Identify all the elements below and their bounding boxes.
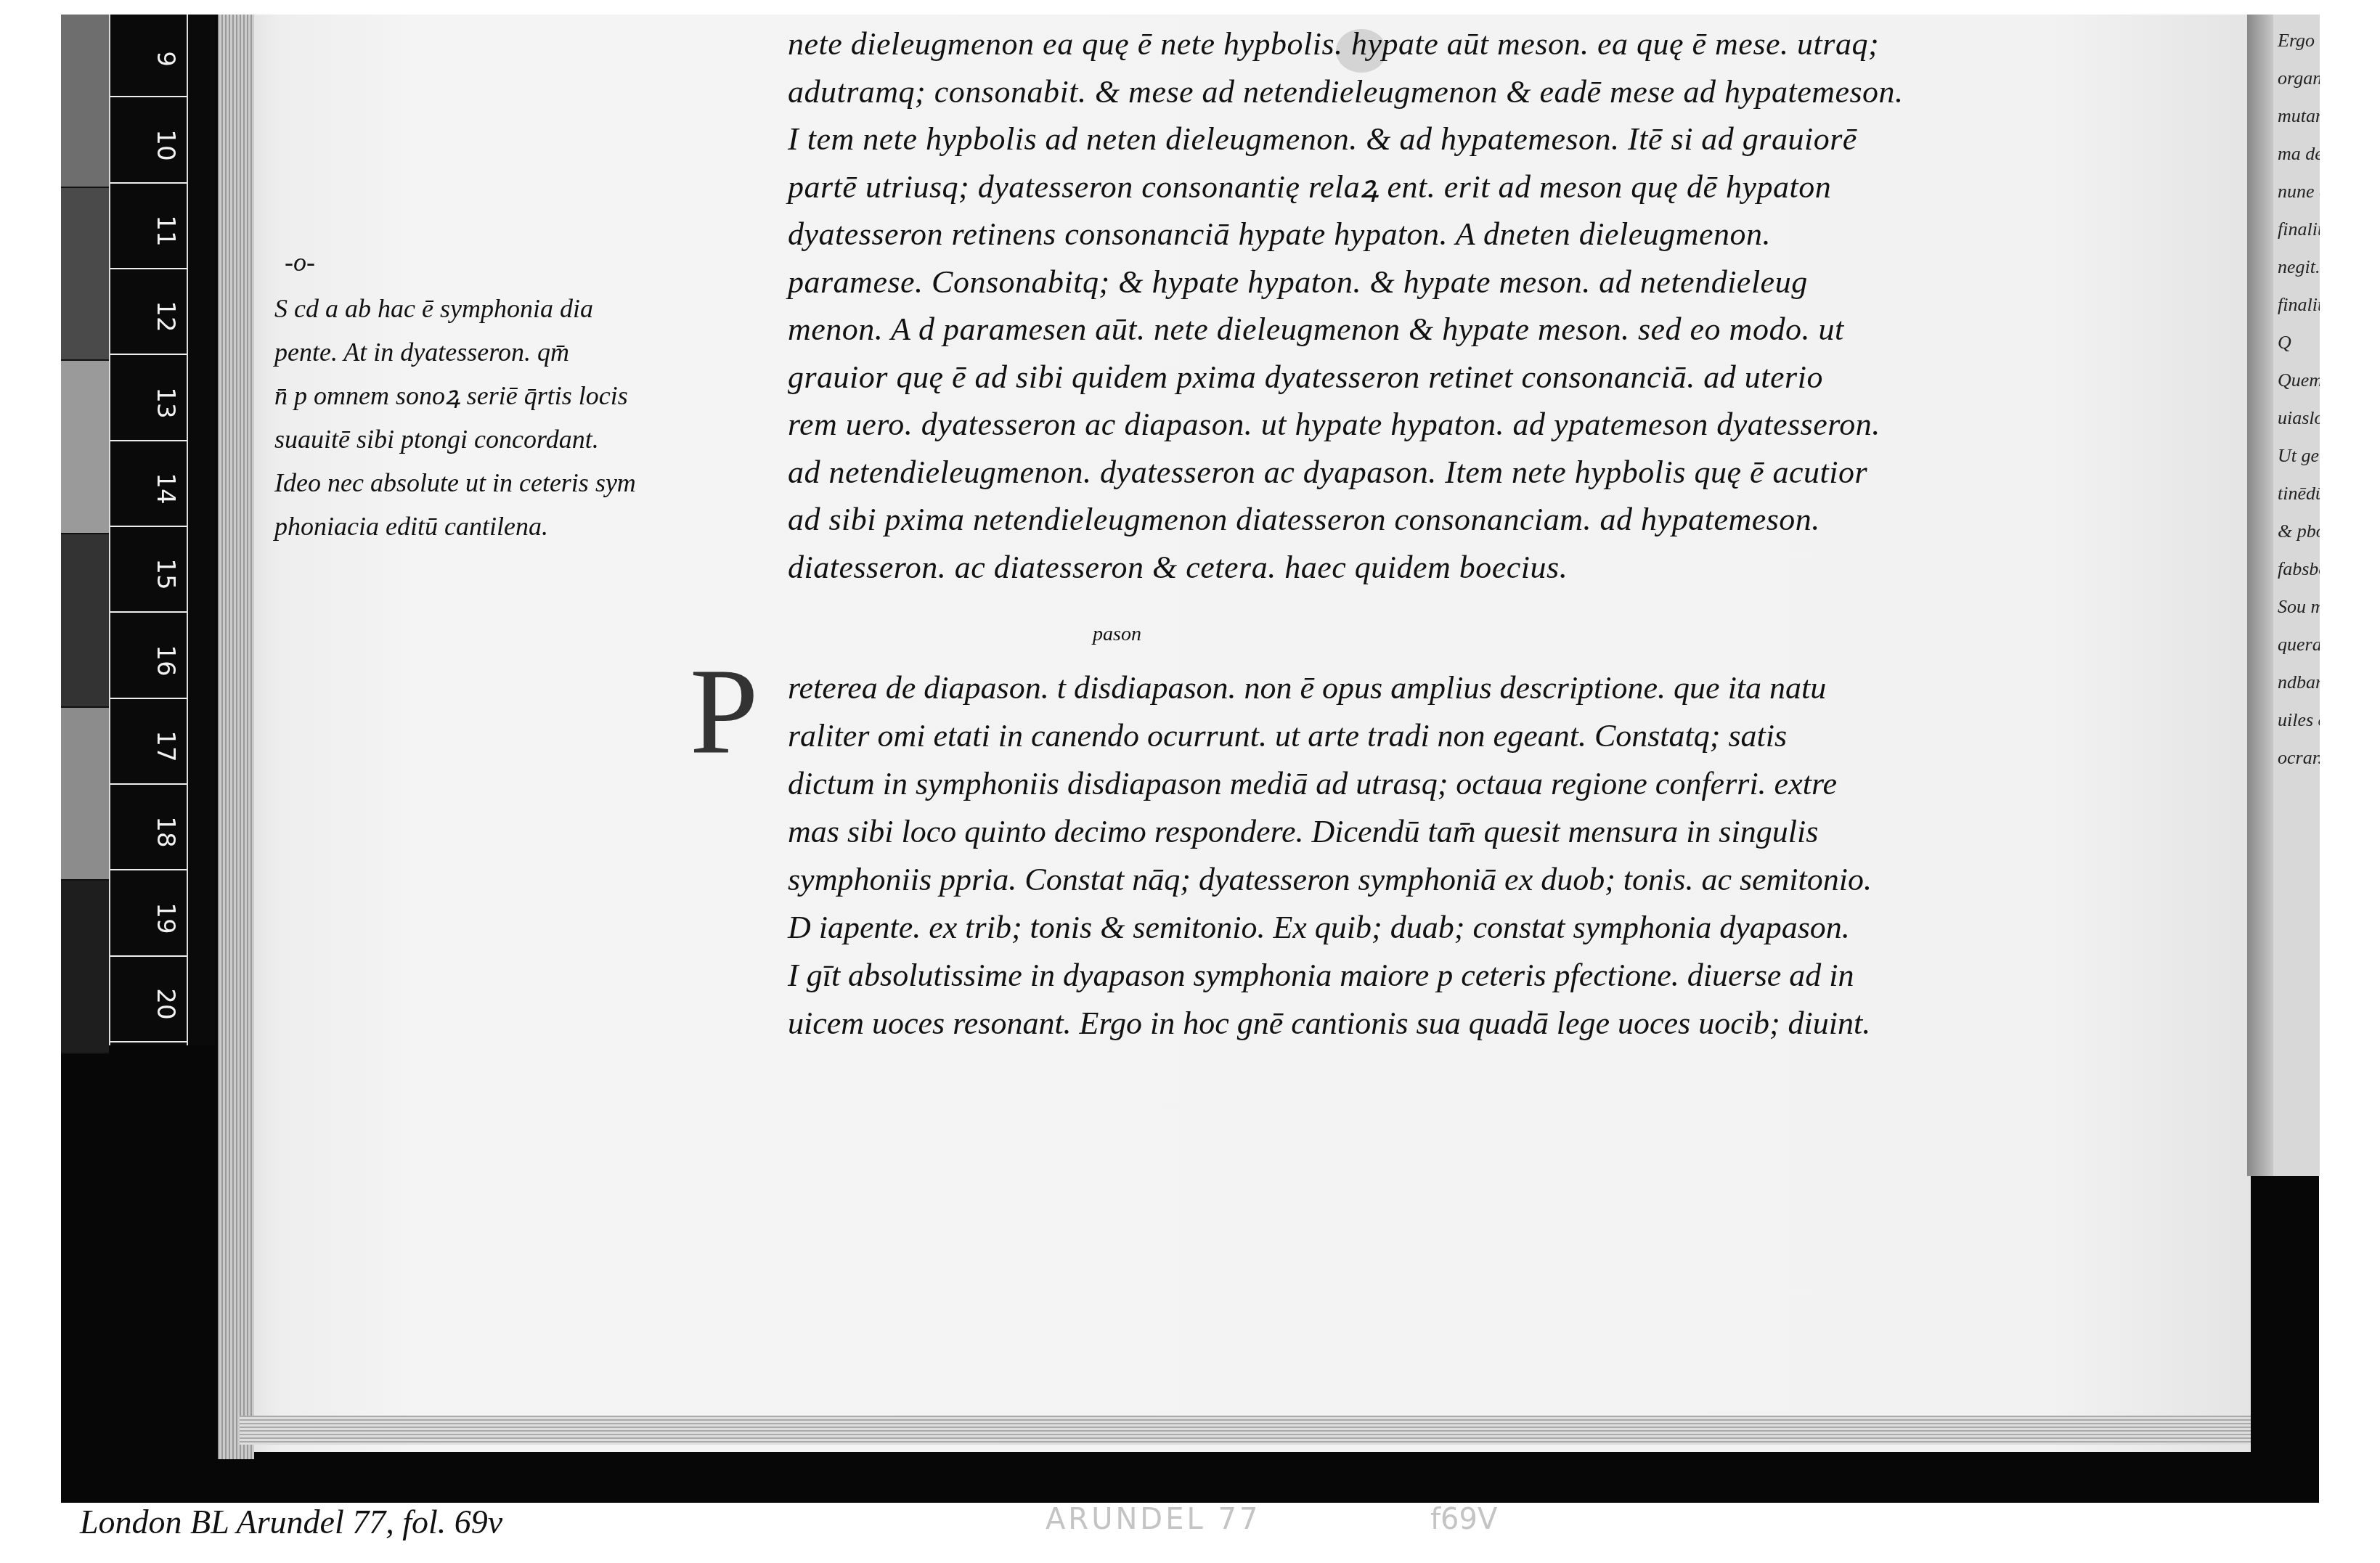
text-line: adutramq; consonabit. & mese ad netendie… (788, 68, 1904, 116)
facing-page-line: ndbarab... (2278, 664, 2320, 701)
facing-page-line: negit. (2278, 248, 2320, 286)
gray-patch (61, 881, 109, 1054)
ruler-tick-label: 20 (151, 986, 180, 1022)
ruler-tick (110, 698, 187, 699)
ruler-tick-label: 14 (151, 470, 180, 507)
text-line: partē utriusq; dyatesseron consonantię r… (788, 163, 1904, 211)
ruler-tick-label: 11 (151, 213, 180, 249)
ruler-tick-label: 12 (151, 298, 180, 335)
facing-page-fragment: Ergo q...organal...mutant.ma dep...nune … (2247, 15, 2320, 1176)
margin-note-line: phoniacia editū cantilena. (274, 505, 636, 548)
facing-page-line: finalit... (2278, 286, 2320, 324)
ruler-tick-label: 17 (151, 728, 180, 764)
facing-page-line: ocrar... (2278, 739, 2320, 777)
margin-note: S cd a ab hac ē symphonia diapente. At i… (274, 287, 636, 548)
ruler-tick-label: 16 (151, 642, 180, 679)
text-line: I tem nete hypbolis ad neten dieleugmeno… (788, 115, 1904, 163)
text-line: mas sibi loco quinto decimo respondere. … (788, 808, 1872, 856)
text-line: nete dieleugmenon ea quę ē nete hypbolis… (788, 20, 1904, 68)
binding-gutter (2247, 15, 2273, 1176)
text-line: dictum in symphoniis disdiapason mediā a… (788, 760, 1872, 808)
gray-patch (61, 361, 109, 534)
margin-note-line: pente. At in dyatesseron. qm̄ (274, 330, 636, 374)
facing-page-line: querarde... (2278, 626, 2320, 664)
ruler-tick-label: 13 (151, 385, 180, 421)
text-line: I gīt absolutissime in dyapason symphoni… (788, 952, 1872, 1000)
gray-patch (61, 534, 109, 708)
text-line: grauior quę ē ad sibi quidem pxima dyate… (788, 354, 1904, 401)
text-line: dyatesseron retinens consonanciā hypate … (788, 211, 1904, 258)
ruler-tick (110, 182, 187, 184)
main-text-lower: reterea de diapason. t disdiapason. non … (788, 664, 1872, 1048)
ruler-tick (110, 955, 187, 957)
margin-note-line: Ideo nec absolute ut in ceteris sym (274, 461, 636, 505)
interlinear-gloss: pason (1093, 623, 1141, 646)
gray-scale-target (61, 15, 109, 1045)
gray-patch (61, 708, 109, 881)
text-line: menon. A d paramesen aūt. nete dieleugme… (788, 306, 1904, 354)
text-line: D iapente. ex trib; tonis & semitonio. E… (788, 904, 1872, 952)
gray-patch (61, 15, 109, 188)
handwritten-caption: London BL Arundel 77, fol. 69v (80, 1503, 502, 1541)
facing-page-line: Sou mebra... (2278, 588, 2320, 626)
facing-page-text: Ergo q...organal...mutant.ma dep...nune … (2278, 22, 2320, 777)
page-bottom-edge (240, 1416, 2251, 1445)
margin-note-line: S cd a ab hac ē symphonia dia (274, 287, 636, 330)
ruler-tick-label: 19 (151, 900, 180, 936)
facing-page-line: organal... (2278, 60, 2320, 97)
ruler-tick-label: 10 (151, 127, 180, 163)
ruler-scale: 91011121314151617181920 (109, 15, 188, 1045)
ruler-tick (110, 869, 187, 870)
ruler-tick (110, 354, 187, 355)
text-line: uicem uoces resonant. Ergo in hoc gnē ca… (788, 1000, 1872, 1048)
text-line: rem uero. dyatesseron ac diapason. ut hy… (788, 401, 1904, 449)
ruler-tick (110, 96, 187, 97)
text-line: ad netendieleugmenon. dyatesseron ac dya… (788, 449, 1904, 497)
facing-page-line: uiasloni... (2278, 399, 2320, 437)
ruler-tick (110, 611, 187, 613)
ruler-tick (110, 526, 187, 527)
page-fore-edge (218, 15, 254, 1459)
text-line: raliter omi etati in canendo ocurrunt. u… (788, 712, 1872, 760)
facing-page-line: Ut gene... (2278, 437, 2320, 475)
facing-page-line: Quembri... (2278, 362, 2320, 399)
folio-stamp: f69V (1430, 1503, 1497, 1536)
facing-page-line: Q (2278, 324, 2320, 362)
ruler-tick (110, 1041, 187, 1042)
facing-page-line: Ergo q... (2278, 22, 2320, 60)
facing-page-line: uiles co... (2278, 701, 2320, 739)
ruler-tick (110, 268, 187, 269)
ruler-tick-label: 9 (151, 41, 180, 77)
text-line: paramese. Consonabitq; & hypate hypaton.… (788, 258, 1904, 306)
facing-page-line: fabsbe... (2278, 550, 2320, 588)
facing-page-line: finalit... (2278, 211, 2320, 248)
text-line: symphoniis ppria. Constat nāq; dyatesser… (788, 856, 1872, 904)
text-line: diatesseron. ac diatesseron & cetera. ha… (788, 544, 1904, 592)
margin-reference-mark: -o- (285, 247, 315, 277)
facing-page-line: ma dep... (2278, 135, 2320, 173)
facing-page-line: mutant. (2278, 97, 2320, 135)
ruler-tick-label: 15 (151, 556, 180, 592)
main-text-upper: nete dieleugmenon ea quę ē nete hypbolis… (788, 20, 1904, 591)
facing-page-line: nune co... (2278, 173, 2320, 211)
text-line: ad sibi pxima netendieleugmenon diatesse… (788, 496, 1904, 544)
gray-patch (61, 188, 109, 362)
facing-page-line: tinēdū. (2278, 475, 2320, 513)
ruler-tick (110, 440, 187, 441)
margin-note-line: n̄ p omnem sonoꝝ seriē q̄rtis locis (274, 374, 636, 417)
decorated-initial: P (690, 650, 759, 773)
ruler-tick (110, 783, 187, 785)
ruler-tick-label: 18 (151, 814, 180, 850)
facing-page-line: & pbon... (2278, 513, 2320, 550)
text-line: reterea de diapason. t disdiapason. non … (788, 664, 1872, 712)
shelfmark-stamp: ARUNDEL 77 (1046, 1503, 1260, 1536)
margin-note-line: suauitē sibi ptongi concordant. (274, 417, 636, 461)
